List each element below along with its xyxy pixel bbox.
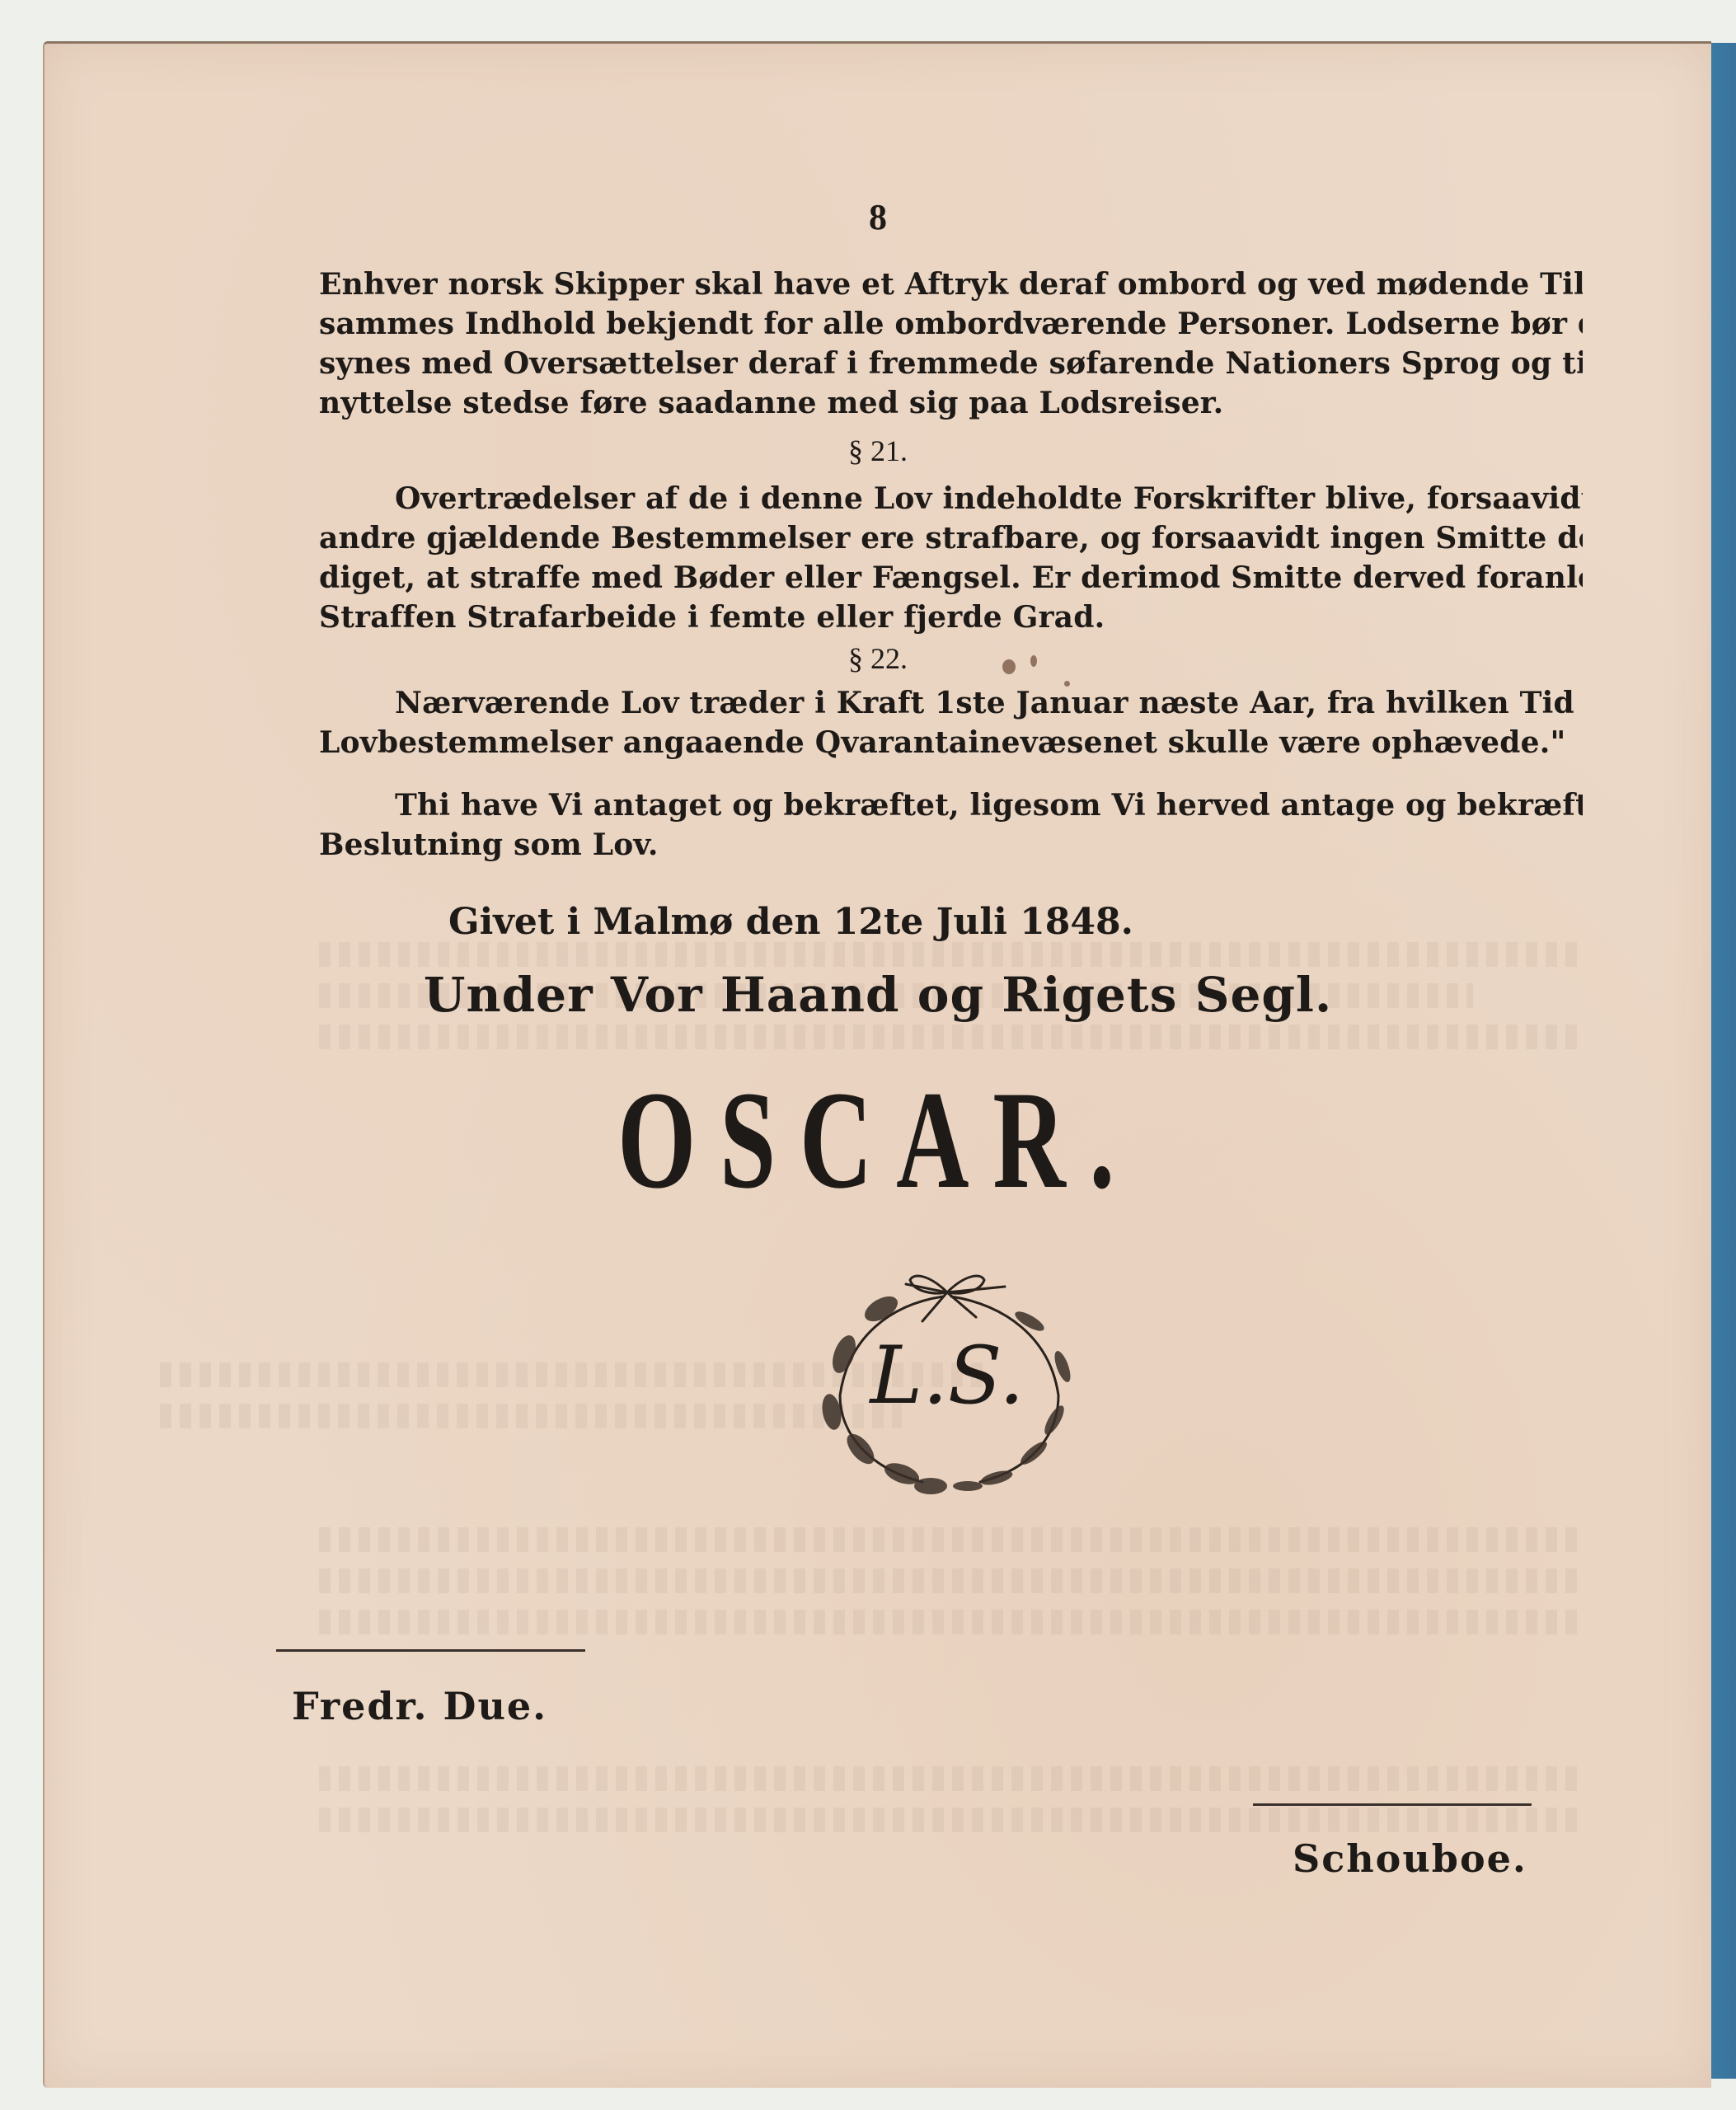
- show-through-text: [319, 942, 1583, 967]
- under-seal-heading: Under Vor Haand og Rigets Segl.: [45, 967, 1711, 1023]
- paragraph-line: Thi have Vi antaget og bekræftet, ligeso…: [395, 785, 1583, 825]
- show-through-text: [319, 1025, 1583, 1049]
- paragraph-line: nyttelse stedse føre saadanne med sig pa…: [319, 383, 1583, 423]
- paragraph-line: Enhver norsk Skipper skal have et Aftryk…: [319, 265, 1583, 304]
- section-heading-21: § 21.: [45, 431, 1711, 471]
- signature-left: Fredr. Due.: [292, 1684, 547, 1728]
- paragraph-line: synes med Oversættelser deraf i fremmede…: [319, 344, 1583, 383]
- king-signature: OSCAR.: [278, 1070, 1478, 1210]
- paragraph-line: Lovbestemmelser angaaende Qvarantainevæs…: [319, 723, 1583, 762]
- signature-rule-left: [276, 1649, 585, 1652]
- paragraph-line: sammes Indhold bekjendt for alle ombordv…: [319, 304, 1583, 344]
- paragraph-line: andre gjældende Bestemmelser ere strafba…: [319, 518, 1583, 558]
- paragraph-line: Straffen Strafarbeide i femte eller fjer…: [319, 598, 1583, 637]
- page-number: 8: [45, 196, 1711, 238]
- seal-monogram: L.S.: [791, 1329, 1104, 1422]
- given-date-line: Givet i Malmø den 12te Juli 1848.: [448, 901, 1133, 943]
- seal-wreath-icon: L.S.: [791, 1247, 1104, 1503]
- paragraph-line: diget, at straffe med Bøder eller Fængse…: [319, 558, 1583, 598]
- paragraph-line: Overtrædelser af de i denne Lov indehold…: [395, 479, 1583, 518]
- show-through-text: [319, 1527, 1583, 1552]
- signature-right: Schouboe.: [1293, 1836, 1527, 1881]
- show-through-text: [319, 1808, 1583, 1832]
- document-page: 8 Enhver norsk Skipper skal have et Aftr…: [43, 41, 1711, 2088]
- section-heading-22: § 22.: [45, 639, 1711, 678]
- signature-rule-right: [1253, 1803, 1532, 1806]
- paragraph-line: Nærværende Lov træder i Kraft 1ste Janua…: [395, 683, 1583, 723]
- show-through-text: [319, 1568, 1583, 1593]
- show-through-text: [319, 1610, 1583, 1634]
- paragraph-line: Beslutning som Lov.: [319, 825, 1583, 865]
- show-through-text: [319, 1766, 1583, 1791]
